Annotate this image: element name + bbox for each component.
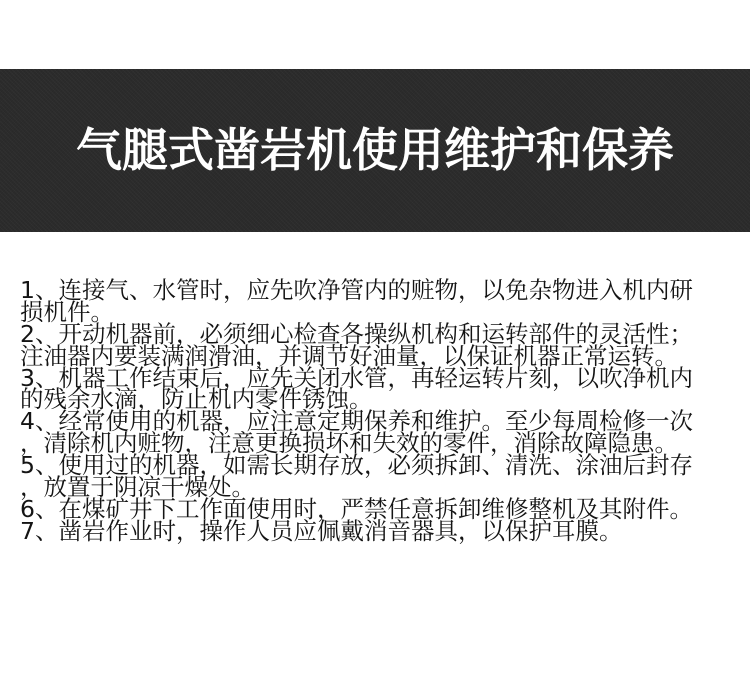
title-banner: 气腿式凿岩机使用维护和保养: [0, 69, 750, 232]
maintenance-instructions: 1、连接气、水管时，应先吹净管内的赃物，以免杂物进入机内研 损机件。 2、开动机…: [20, 280, 740, 543]
instruction-7-line-1: 7、凿岩作业时，操作人员应佩戴消音器具，以保护耳膜。: [20, 521, 740, 543]
page-title: 气腿式凿岩机使用维护和保养: [76, 127, 674, 173]
instruction-1-line-1: 1、连接气、水管时，应先吹净管内的赃物，以免杂物进入机内研: [20, 280, 740, 302]
